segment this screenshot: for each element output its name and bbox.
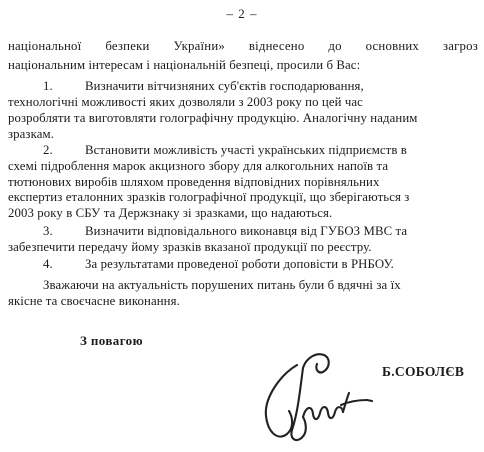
item-text: Визначити відповідального виконавця від … bbox=[85, 224, 407, 238]
list-item-2: 2.Встановити можливість участі українськ… bbox=[8, 143, 478, 222]
intro-line: національним інтересам і національній бе… bbox=[8, 56, 478, 75]
list-item-3: 3.Визначити відповідального виконавця ві… bbox=[8, 223, 478, 255]
closing-line: Зважаючи на актуальність порушених питан… bbox=[8, 277, 478, 293]
page-number: – 2 – bbox=[0, 6, 484, 22]
item-text-line: зразкам. bbox=[8, 126, 478, 142]
item-text-line: експертиз еталонних зразків голографічно… bbox=[8, 190, 478, 206]
item-text-line: 2003 року в СБУ та Держзнаку зі зразками… bbox=[8, 206, 478, 222]
item-number: 1. bbox=[43, 78, 85, 94]
item-number: 3. bbox=[43, 223, 85, 239]
list-item-first-line: 4.За результатами проведеної роботи допо… bbox=[8, 256, 478, 272]
intro-line: національної безпеки України» віднесено … bbox=[8, 37, 478, 56]
intro-paragraph: національної безпеки України» віднесено … bbox=[8, 37, 478, 75]
closing-line: якісне та своєчасне виконання. bbox=[8, 293, 478, 309]
list-item-1: 1.Визначити вітчизняних суб'єктів господ… bbox=[8, 78, 478, 142]
item-text-line: розробляти та виготовляти голографічну п… bbox=[8, 110, 478, 126]
signer-name: Б.СОБОЛЄВ bbox=[382, 364, 464, 380]
closing-paragraph: Зважаючи на актуальність порушених питан… bbox=[8, 277, 478, 309]
item-text-line: тютюнових виробів шляхом проведення відп… bbox=[8, 175, 478, 191]
item-text: Визначити вітчизняних суб'єктів господар… bbox=[85, 79, 364, 93]
valediction: З повагою bbox=[80, 333, 143, 349]
item-text-line: забезпечити передачу йому зразків вказан… bbox=[8, 239, 478, 255]
signature-image bbox=[250, 348, 380, 444]
item-text-line: технологічні можливості яких дозволяли з… bbox=[8, 94, 478, 110]
scanned-letter-page: – 2 – національної безпеки України» відн… bbox=[0, 0, 484, 452]
item-number: 4. bbox=[43, 256, 85, 272]
item-number: 2. bbox=[43, 143, 85, 159]
list-item-first-line: 2.Встановити можливість участі українськ… bbox=[8, 143, 478, 159]
list-item-first-line: 3.Визначити відповідального виконавця ві… bbox=[8, 223, 478, 239]
list-item-first-line: 1.Визначити вітчизняних суб'єктів господ… bbox=[8, 78, 478, 94]
item-text: За результатами проведеної роботи допові… bbox=[85, 257, 394, 271]
list-item-4: 4.За результатами проведеної роботи допо… bbox=[8, 256, 478, 272]
item-text-line: схемі підроблення марок акцизного збору … bbox=[8, 159, 478, 175]
item-text: Встановити можливість участі українських… bbox=[85, 143, 407, 157]
